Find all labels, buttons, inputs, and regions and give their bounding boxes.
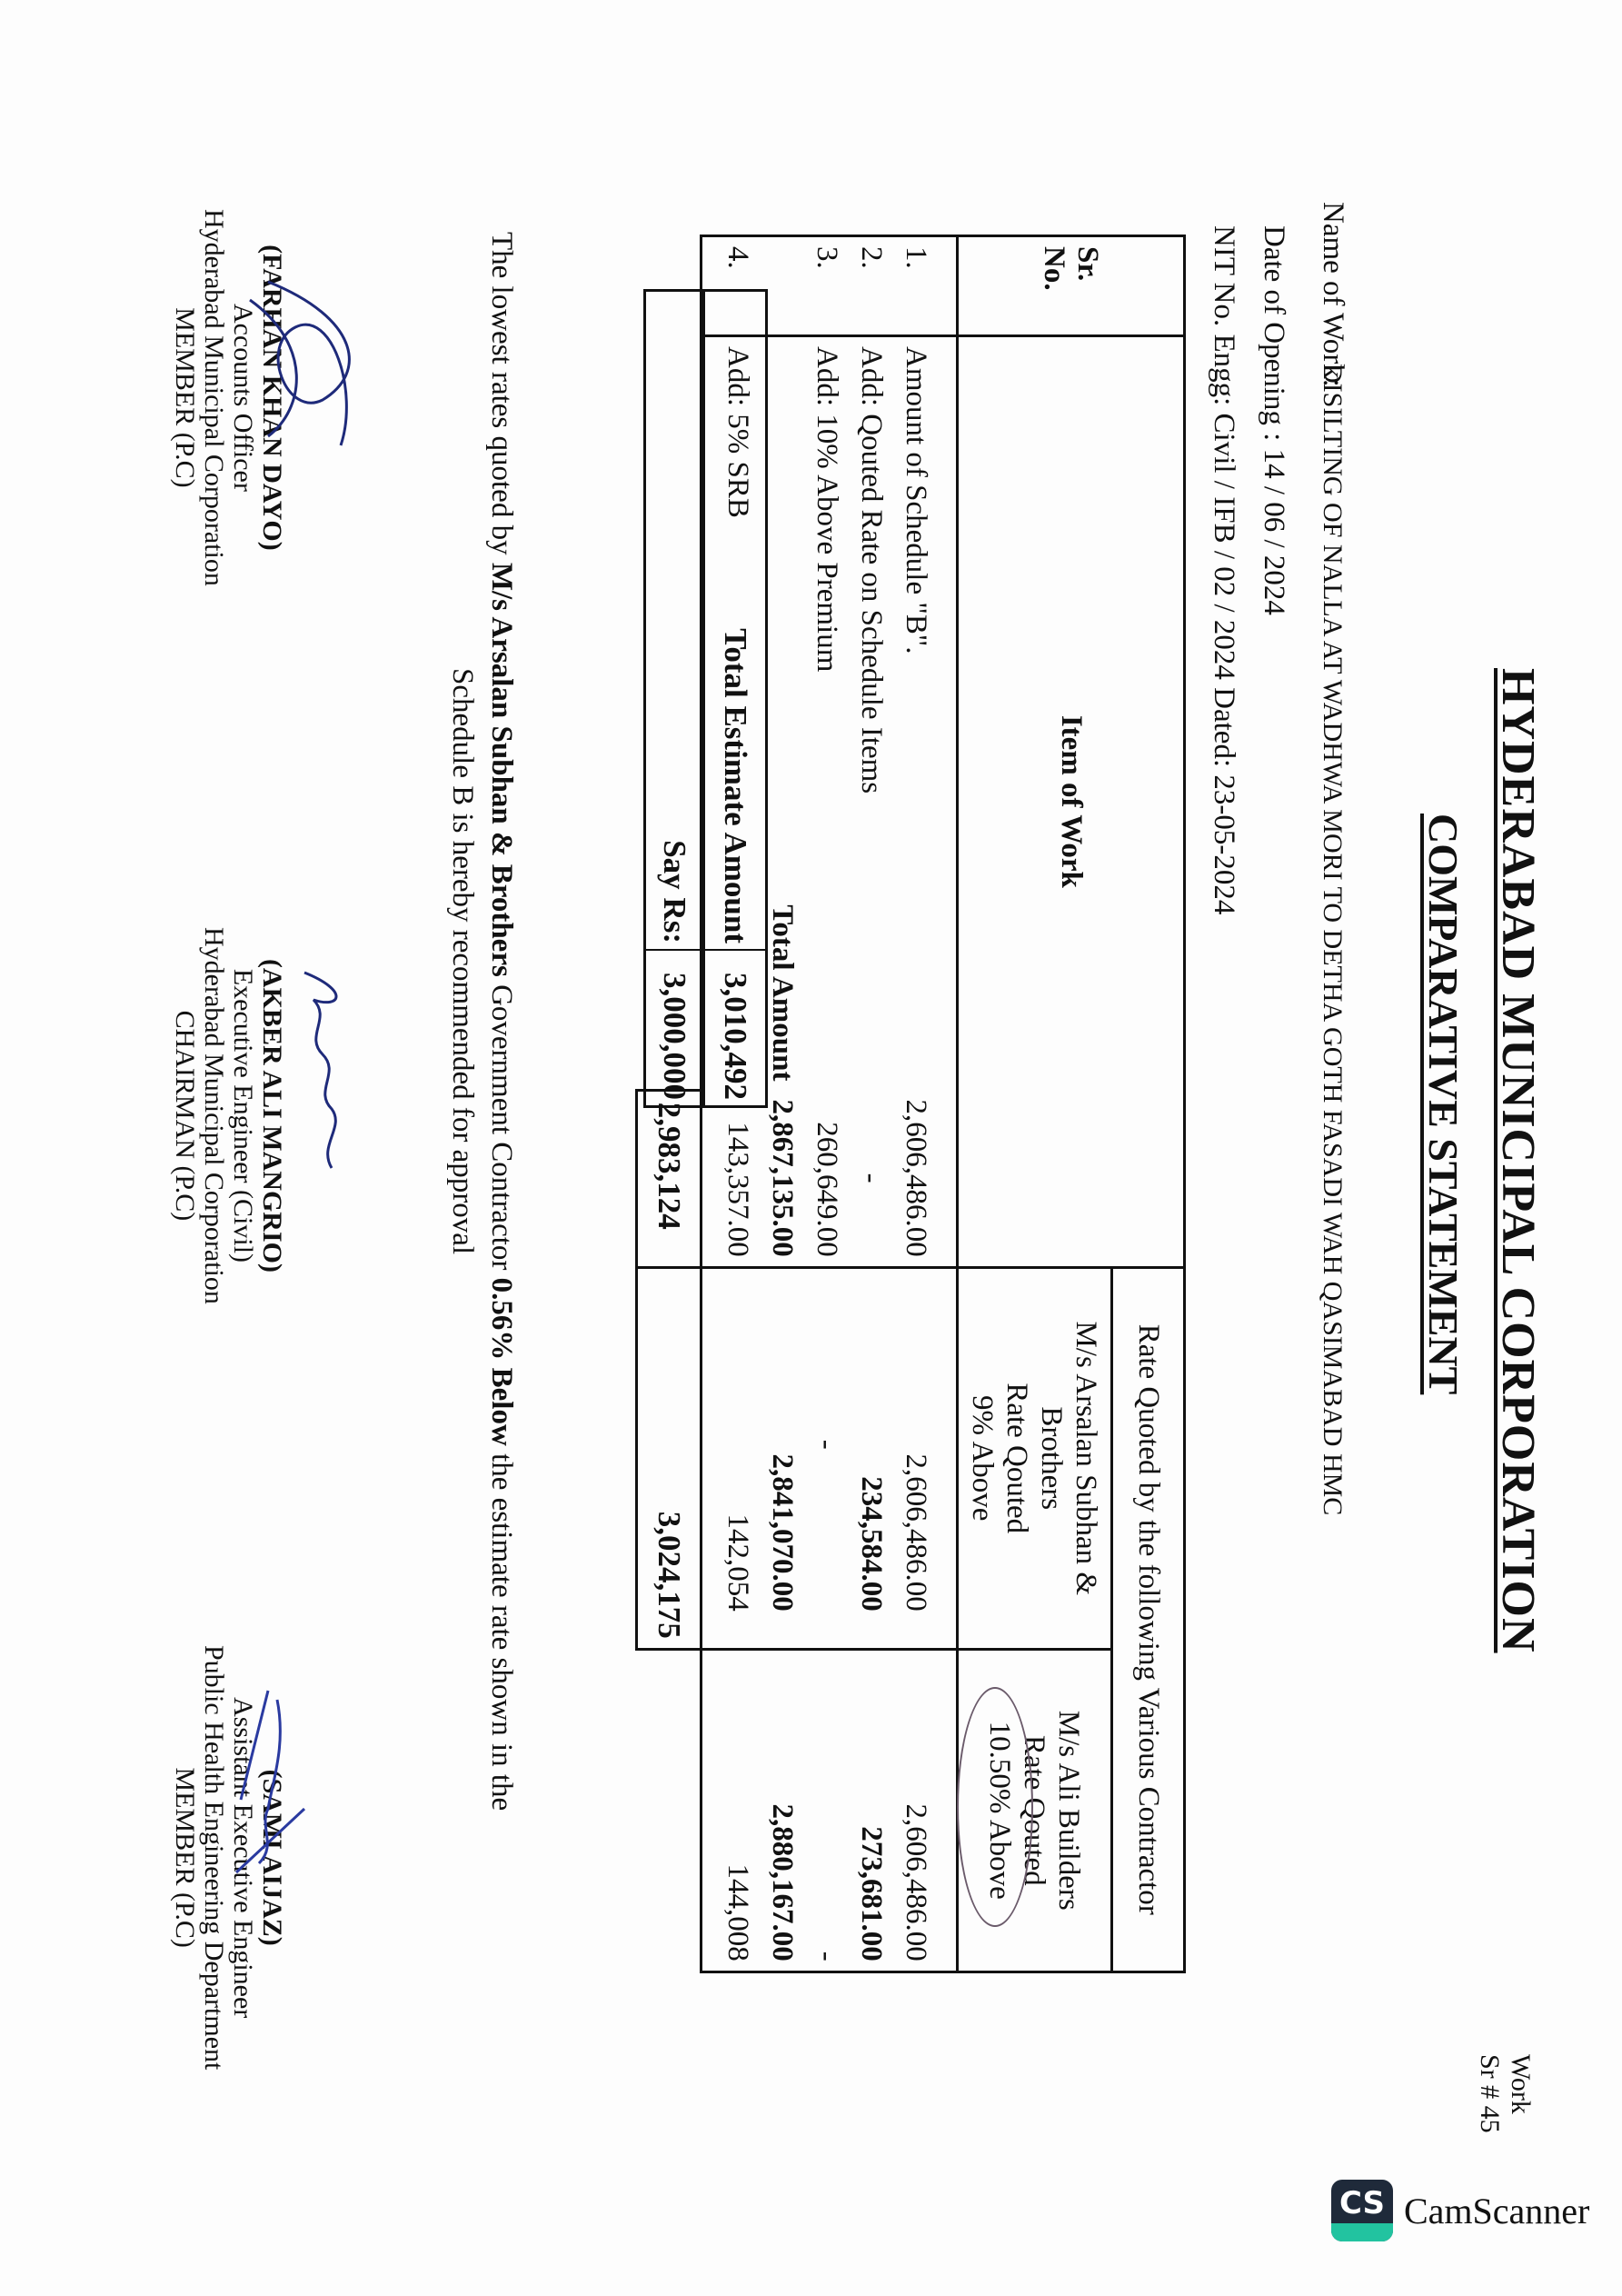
lowest-bidder: M/s Arsalan Subhan & Brothers [485,563,518,977]
signatory-role: CHAIRMAN (P.C) [170,927,199,1304]
row-estimate-total: 2,867,135.00 [760,1100,804,1257]
camscanner-watermark: CS CamScanner [1331,2180,1589,2241]
signatory-title: Executive Engineer (Civil) [228,927,257,1304]
signature-icon [223,1672,341,1891]
col-contractors: Rate Quoted by the following Various Con… [1112,1267,1185,1972]
total-estimate-value: 3,010,492 [702,951,765,1105]
handwritten-circle [957,1687,1033,1927]
signatory-org: Hyderabad Municipal Corporation [199,209,228,586]
say-rs-label: Say Rs: [646,292,702,951]
signatory-role: MEMBER (P.C) [170,209,199,586]
row-contractor-1-total: 2,841,070.00 [760,1278,804,1612]
camscanner-logo-icon: CS [1331,2180,1393,2241]
total-estimate-label: Total Estimate Amount [702,292,765,951]
signatory-2: (AKBER ALI MANGRIO) Executive Engineer (… [170,927,286,1304]
row-contractor-2: - [804,1660,849,1962]
col-sr: Sr. No. [958,236,1185,336]
contractor-name: M/s Ali Builders [1052,1660,1087,1962]
logo-text: CS [1331,2185,1393,2221]
signatory-3: (SAMI AIJAZ) Assistant Executive Enginee… [170,1645,286,2070]
signatory-org: Hyderabad Municipal Corporation [199,927,228,1304]
work-reference: Work Sr # 45 [1474,2054,1536,2133]
row-contractor-2: 273,681.00 [849,1660,893,1962]
row-contractor-2: 144,008 [715,1660,760,1962]
page-title: COMPARATIVE STATEMENT [1419,814,1468,1394]
row-contractor-1: 142,054 [715,1278,760,1612]
contractor-1-header: M/s Arsalan Subhan & Brothers Rate Qoute… [958,1267,1112,1649]
row-contractor-2-total: 2,880,167.00 [760,1660,804,1962]
camscanner-name: CamScanner [1404,2190,1589,2232]
scanned-page: Work Sr # 45 HYDERABAD MUNICIPAL CORPORA… [0,0,1622,2296]
name-of-work: DISILTING OF NALLA AT WADHWA MORI TO DET… [1317,364,1348,1515]
rate-label: Rate Qouted [1000,1278,1035,1639]
row-item: Add: Qouted Rate on Schedule Items [849,346,893,1082]
date-of-opening: Date of Opening : 14 / 06 / 2024 [1257,225,1290,615]
signatory-role: MEMBER (P.C) [170,1645,199,2070]
text: The lowest rates quoted by [485,232,518,563]
row-sr: 3. [804,246,849,325]
contractor-2-header: M/s Ali Builders Rate Qouted 10.50% Abov… [958,1649,1112,1972]
contractor-1-grand-total: 2,983,124 [637,1091,702,1268]
rate-value: 9% Above [966,1278,1000,1639]
org-title: HYDERABAD MUNICIPAL CORPORATION [1491,668,1545,1653]
signatory-name: (AKBER ALI MANGRIO) [257,927,286,1304]
row-contractor-2: 2,606,486.00 [893,1660,938,1962]
row-estimate: 260,649.00 [804,1100,849,1257]
contractor-name: M/s Arsalan Subhan & Brothers [1035,1278,1104,1639]
row-estimate: - [849,1100,893,1257]
signatory-1: (FARHAN KHAN DAYO) Accounts Officer Hyde… [170,209,286,586]
percent-below: 0.56% Below [485,1278,518,1446]
signature-icon [286,963,359,1182]
text: the estimate rate shown in the [485,1446,518,1811]
row-contractor-1: - [804,1278,849,1612]
row-contractor-1: 234,584.00 [849,1278,893,1612]
row-estimate: 2,606,486.00 [893,1100,938,1257]
recommendation-line-1: The lowest rates quoted by M/s Arsalan S… [484,232,518,1811]
contractor-2-grand-total: 3,024,175 [637,1267,702,1649]
serial-label: Sr # 45 [1474,2054,1505,2133]
row-sr: 1. [893,246,938,325]
estimate-summary-box: Total Estimate Amount 3,010,492 Say Rs: … [643,289,768,1108]
col-item: Item of Work [958,336,1185,1268]
row-contractor-1: 2,606,486.00 [893,1278,938,1612]
row-estimate: 143,357.00 [715,1100,760,1257]
row-item: Amount of Schedule "B". [893,346,938,1082]
text: Government Contractor [485,977,518,1278]
row-sr: 2. [849,246,893,325]
signature-icon [232,264,377,464]
nit-number: NIT No. Engg: Civil / IFB / 02 / 2024 Da… [1207,225,1240,914]
recommendation-line-2: Schedule B is hereby recommended for app… [445,668,479,1254]
row-item: Add: 10% Above Premium [804,346,849,1082]
work-label: Work [1505,2054,1536,2133]
say-rs-value: 3,000,000 [646,951,702,1105]
name-of-work-label: Name of Work: [1316,202,1349,387]
